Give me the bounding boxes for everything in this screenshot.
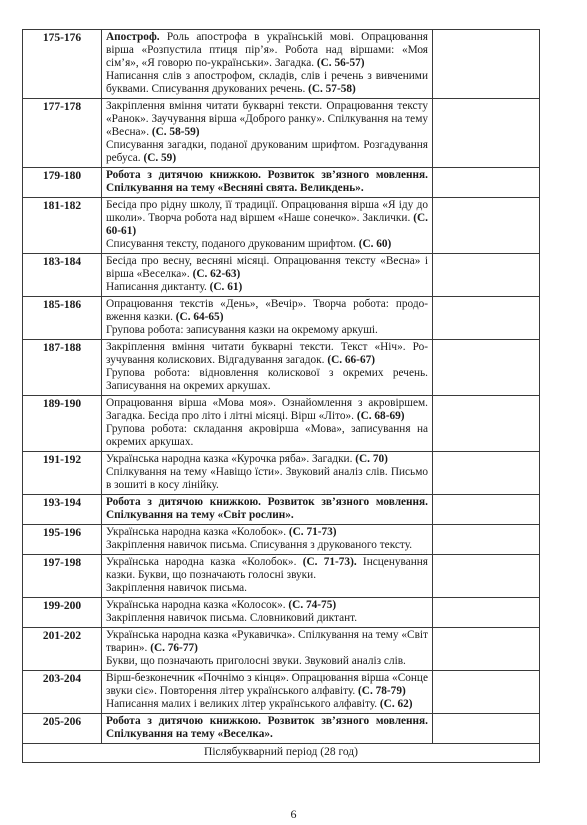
lesson-paragraph: Закріплення вміння читати букварні текст… <box>106 341 428 367</box>
text: Закріплення вміння читати букварні текст… <box>106 341 428 366</box>
bold-text: (С. 56-57) <box>317 57 365 69</box>
text: Українська народна казка «Колобок». <box>106 526 289 538</box>
text: Українська народна казка «Колобок». <box>106 556 303 568</box>
lesson-number: 199-200 <box>23 598 102 628</box>
lesson-content: Робота з дитячою книжкою. Розвиток зв’яз… <box>102 495 433 525</box>
lesson-paragraph: Списування тексту, поданого друкованим ш… <box>106 238 428 251</box>
text: Закріплення навичок письма. <box>106 582 247 594</box>
lesson-number: 185-186 <box>23 297 102 340</box>
bold-text: (С. 62) <box>380 698 413 710</box>
text: Букви, що позначають приголосні звуки. З… <box>106 655 406 667</box>
lesson-number: 181-182 <box>23 198 102 254</box>
notes-cell <box>433 598 540 628</box>
table-row: 201-202Українська народна казка «Рукавич… <box>23 628 540 671</box>
text: Бесіда про рідну школу, її традиції. Опр… <box>106 199 428 224</box>
table-row: 175-176Апостроф. Роль апострофа в україн… <box>23 30 540 99</box>
bold-text: (С. 78-79) <box>358 685 406 697</box>
table-row: 197-198Українська народна казка «Колобок… <box>23 555 540 598</box>
table-row: 205-206Робота з дитячою книжкою. Розвито… <box>23 714 540 744</box>
text: Групова робота: складання акровірша «Мов… <box>106 423 428 448</box>
lesson-number: 203-204 <box>23 671 102 714</box>
text: Опрацювання текстів «День», «Вечір». Тво… <box>106 298 428 323</box>
lesson-content: Робота з дитячою книжкою. Розвиток зв’яз… <box>102 714 433 744</box>
bold-text: (С. 64-65) <box>176 311 224 323</box>
text: Спілкування на тему «Навіщо їсти». Звуко… <box>106 466 428 491</box>
lesson-number: 205-206 <box>23 714 102 744</box>
lesson-content: Робота з дитячою книжкою. Розвиток зв’яз… <box>102 168 433 198</box>
notes-cell <box>433 671 540 714</box>
text: Написання слів з апострофом, складів, сл… <box>106 70 428 95</box>
bold-text: (С. 74-75) <box>288 599 336 611</box>
bold-text: (С. 61) <box>210 281 243 293</box>
bold-text: Робота з дитячою книжкою. Розвиток зв’яз… <box>106 169 428 194</box>
table-row: 195-196Українська народна казка «Колобок… <box>23 525 540 555</box>
lesson-paragraph: Групова робота: записування казки на окр… <box>106 324 428 337</box>
lesson-content: Опрацювання вірша «Мова моя». Ознайомлен… <box>102 396 433 452</box>
lesson-content: Українська народна казка «Рукавичка». Сп… <box>102 628 433 671</box>
notes-cell <box>433 555 540 598</box>
notes-cell <box>433 168 540 198</box>
notes-cell <box>433 297 540 340</box>
lesson-number: 193-194 <box>23 495 102 525</box>
table-row: 191-192Українська народна казка «Курочка… <box>23 452 540 495</box>
lesson-paragraph: Закріплення вміння читати букварні текст… <box>106 100 428 139</box>
bold-text: Робота з дитячою книжкою. Розвиток зв’яз… <box>106 496 428 521</box>
lesson-content: Вірш-безконечник «Почнімо з кінця». Опра… <box>102 671 433 714</box>
lesson-content: Українська народна казка «Колобок». (С. … <box>102 555 433 598</box>
lesson-paragraph: Групова робота: відновлення колискової з… <box>106 367 428 393</box>
text: Списування тексту, поданого друкованим ш… <box>106 238 359 250</box>
lesson-plan-table: 175-176Апостроф. Роль апострофа в україн… <box>22 29 540 763</box>
lesson-paragraph: Списування загадки, поданої друкованим ш… <box>106 139 428 165</box>
bold-text: (С. 57-58) <box>308 83 356 95</box>
lesson-number: 179-180 <box>23 168 102 198</box>
notes-cell <box>433 495 540 525</box>
bold-text: (С. 62-63) <box>193 268 241 280</box>
bold-text: (С. 71-73). <box>303 556 357 568</box>
lesson-paragraph: Робота з дитячою книжкою. Розвиток зв’яз… <box>106 715 428 741</box>
notes-cell <box>433 628 540 671</box>
lesson-paragraph: Українська народна казка «Курочка ряба».… <box>106 453 428 466</box>
table-row: 187-188Закріплення вміння читати букварн… <box>23 340 540 396</box>
lesson-number: 177-178 <box>23 99 102 168</box>
lesson-number: 187-188 <box>23 340 102 396</box>
notes-cell <box>433 525 540 555</box>
text: Закріплення навичок письма. Списування з… <box>106 539 412 551</box>
notes-cell <box>433 340 540 396</box>
lesson-content: Бесіда про весну, весняні місяці. Опрацю… <box>102 254 433 297</box>
bold-text: (С. 71-73) <box>289 526 337 538</box>
lesson-content: Закріплення вміння читати букварні текст… <box>102 340 433 396</box>
table-row: 177-178Закріплення вміння читати букварн… <box>23 99 540 168</box>
text: Групова робота: відновлення колискової з… <box>106 367 428 392</box>
lesson-paragraph: Українська народна казка «Колобок». (С. … <box>106 556 428 582</box>
lesson-paragraph: Українська народна казка «Колосок». (С. … <box>106 599 428 612</box>
lesson-paragraph: Групова робота: складання акровірша «Мов… <box>106 423 428 449</box>
table-row: 203-204Вірш-безконечник «Почнімо з кінця… <box>23 671 540 714</box>
lesson-content: Українська народна казка «Курочка ряба».… <box>102 452 433 495</box>
lesson-number: 183-184 <box>23 254 102 297</box>
lesson-paragraph: Закріплення навичок письма. Словниковий … <box>106 612 428 625</box>
lesson-paragraph: Українська народна казка «Колобок». (С. … <box>106 526 428 539</box>
section-footer-row: Післябукварний період (28 год) <box>23 744 540 763</box>
lesson-number: 197-198 <box>23 555 102 598</box>
lesson-paragraph: Написання диктанту. (С. 61) <box>106 281 428 294</box>
lesson-number: 201-202 <box>23 628 102 671</box>
section-title: Післябукварний період (28 год) <box>23 744 540 763</box>
table-row: 181-182Бесіда про рідну школу, її традиц… <box>23 198 540 254</box>
lesson-paragraph: Бесіда про весну, весняні місяці. Опрацю… <box>106 255 428 281</box>
lesson-paragraph: Українська народна казка «Рукавичка». Сп… <box>106 629 428 655</box>
text: Бесіда про весну, весняні місяці. Опрацю… <box>106 255 428 280</box>
notes-cell <box>433 714 540 744</box>
text: Написання малих і великих літер українсь… <box>106 698 380 710</box>
table-row: 179-180Робота з дитячою книжкою. Розвито… <box>23 168 540 198</box>
lesson-number: 195-196 <box>23 525 102 555</box>
lesson-number: 189-190 <box>23 396 102 452</box>
notes-cell <box>433 396 540 452</box>
page-number: 6 <box>0 807 587 822</box>
table-row: 185-186Опрацювання текстів «День», «Вечі… <box>23 297 540 340</box>
bold-text: (С. 60) <box>359 238 392 250</box>
text: Українська народна казка «Курочка ряба».… <box>106 453 355 465</box>
table-row: 183-184Бесіда про весну, весняні місяці.… <box>23 254 540 297</box>
lesson-paragraph: Робота з дитячою книжкою. Розвиток зв’яз… <box>106 169 428 195</box>
lesson-paragraph: Опрацювання текстів «День», «Вечір». Тво… <box>106 298 428 324</box>
notes-cell <box>433 254 540 297</box>
bold-text: (С. 58-59) <box>152 126 200 138</box>
bold-text: Апостроф. <box>106 31 160 43</box>
notes-cell <box>433 99 540 168</box>
notes-cell <box>433 452 540 495</box>
table-row: 189-190Опрацювання вірша «Мова моя». Озн… <box>23 396 540 452</box>
lesson-paragraph: Апостроф. Роль апострофа в українській м… <box>106 31 428 70</box>
text: Закріплення навичок письма. Словниковий … <box>106 612 357 624</box>
lesson-paragraph: Написання малих і великих літер українсь… <box>106 698 428 711</box>
text: Написання диктанту. <box>106 281 210 293</box>
lesson-content: Апостроф. Роль апострофа в українській м… <box>102 30 433 99</box>
text: Групова робота: записування казки на окр… <box>106 324 378 336</box>
lesson-paragraph: Закріплення навичок письма. <box>106 582 428 595</box>
lesson-plan-body: 175-176Апостроф. Роль апострофа в україн… <box>23 30 540 744</box>
table-row: 199-200Українська народна казка «Колосок… <box>23 598 540 628</box>
lesson-paragraph: Закріплення навичок письма. Списування з… <box>106 539 428 552</box>
lesson-paragraph: Бесіда про рідну школу, її традиції. Опр… <box>106 199 428 238</box>
text: Українська народна казка «Колосок». <box>106 599 288 611</box>
bold-text: (С. 76-77) <box>150 642 198 654</box>
bold-text: (С. 68-69) <box>357 410 405 422</box>
lesson-paragraph: Спілкування на тему «Навіщо їсти». Звуко… <box>106 466 428 492</box>
lesson-content: Опрацювання текстів «День», «Вечір». Тво… <box>102 297 433 340</box>
lesson-content: Бесіда про рідну школу, її традиції. Опр… <box>102 198 433 254</box>
lesson-paragraph: Вірш-безконечник «Почнімо з кінця». Опра… <box>106 672 428 698</box>
notes-cell <box>433 198 540 254</box>
lesson-number: 191-192 <box>23 452 102 495</box>
lesson-content: Українська народна казка «Колобок». (С. … <box>102 525 433 555</box>
bold-text: (С. 59) <box>143 152 176 164</box>
lesson-paragraph: Робота з дитячою книжкою. Розвиток зв’яз… <box>106 496 428 522</box>
lesson-content: Закріплення вміння читати букварні текст… <box>102 99 433 168</box>
lesson-paragraph: Написання слів з апострофом, складів, сл… <box>106 70 428 96</box>
table-row: 193-194Робота з дитячою книжкою. Розвито… <box>23 495 540 525</box>
lesson-paragraph: Опрацювання вірша «Мова моя». Ознайомлен… <box>106 397 428 423</box>
lesson-number: 175-176 <box>23 30 102 99</box>
lesson-paragraph: Букви, що позначають приголосні звуки. З… <box>106 655 428 668</box>
bold-text: (С. 70) <box>355 453 388 465</box>
lesson-content: Українська народна казка «Колосок». (С. … <box>102 598 433 628</box>
notes-cell <box>433 30 540 99</box>
lesson-plan-page: 175-176Апостроф. Роль апострофа в україн… <box>22 29 539 763</box>
bold-text: Робота з дитячою книжкою. Розвиток зв’яз… <box>106 715 428 740</box>
bold-text: (С. 66-67) <box>327 354 375 366</box>
